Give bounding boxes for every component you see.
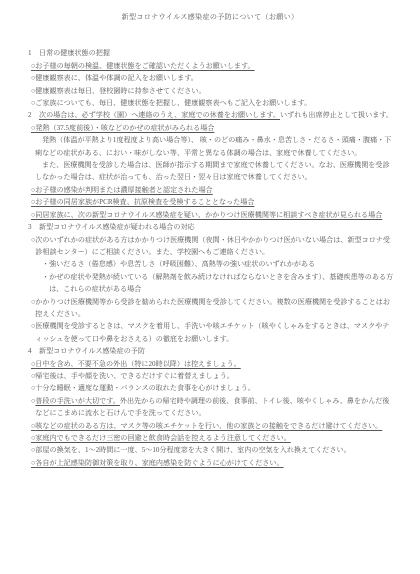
item-text: お子様の毎朝の検温、健康状態をご確認いただくようお願いします。 <box>35 60 395 72</box>
item-text: 帰宅後は、手や顔を洗い、できるだけすぐに着替えましょう。 <box>35 370 395 382</box>
list-item: ○普段の手洗いが大切です。外出先からの帰宅時や調理の前後、食事前、トイレ後、咳や… <box>25 395 395 420</box>
document-body: 1日常の健康状態の把握○お子様の毎朝の検温、健康状態をご確認いただくようお願いし… <box>25 47 395 469</box>
list-item: また、医療機関を受診した場合は、医師が指示する期間まで家庭で休養してください。な… <box>25 159 395 184</box>
item-text: お子様の感染が判明または濃厚接触者と認定された場合 <box>35 184 395 196</box>
item-text: 普段の手洗いが大切です。外出先からの帰宅時や調理の前後、食事前、トイレ後、咳やく… <box>35 395 395 420</box>
section-number: 3 <box>25 221 39 233</box>
text-segment: 同居家族に、次の新型コロナウイルス感染症を疑い、かかりつけ医療機関等に相談すべき… <box>35 211 382 219</box>
text-segment: お子様の感染が判明または濃厚接触者と認定された場合 <box>35 186 212 194</box>
list-item: ・かぜの症状や発熱が続いている（解熱剤を飲み続けなければならないときを含みます）… <box>25 271 395 296</box>
item-text: 各自が上記感染防御対策を取り、家庭内感染を防ぐように心がけてください。 <box>35 457 395 469</box>
list-item: ○健康観察表に、体温や体調の記入をお願いします。 <box>25 72 395 84</box>
item-text: 十分な睡眠・適度な運動・バランスの取れた食事を心がけましょう。 <box>35 382 395 394</box>
text-segment: 家庭内でもできるだけ三密の回避と飲食時会話を控えるよう注意してください。 <box>35 434 290 442</box>
list-item: ○ご家族についても、毎日、健康状態を把握し、健康観察表へもご記入をお願いします。 <box>25 97 395 109</box>
text-segment: お子様の毎朝の検温、健康状態をご確認いただくようお願いします。 <box>35 62 254 70</box>
list-item: ○お子様の毎朝の検温、健康状態をご確認いただくようお願いします。 <box>25 60 395 72</box>
list-item: 発熱（体温が平熱より1度程度より高い場合等）、 咳・のどの痛み・鼻水・息苦しさ・… <box>25 134 395 159</box>
item-text: また、医療機関を受診した場合は、医師が指示する期間まで家庭で休養してください。な… <box>35 161 390 181</box>
list-item: ○発熱（37.5度前後）・咳などのかぜの症状がみられる場合 <box>25 122 395 134</box>
text-segment: かかりつけ医療機関等から受診を勧められた医療機関を受診してください。複数の医療機… <box>35 298 390 318</box>
section-1: 1日常の健康状態の把握○お子様の毎朝の検温、健康状態をご確認いただくようお願いし… <box>25 47 395 109</box>
list-item: ○日中を含め、不要不急の外出（特に20時以降）は控えましょう。 <box>25 358 395 370</box>
section-number: 2 <box>25 109 39 121</box>
item-text: 同居家族に、次の新型コロナウイルス感染症を疑い、かかりつけ医療機関等に相談すべき… <box>35 209 395 221</box>
item-text: 次のいずれかの症状がある方はかかりつけ医療機関（夜間・休日やかかりつけ医がいない… <box>35 234 395 259</box>
item-text: ご家族についても、毎日、健康状態を把握し、健康観察表へもご記入をお願いします。 <box>35 97 395 109</box>
list-item: ○お子様の同居家族がPCR検査、抗原検査を受検することとなった場合 <box>25 196 395 208</box>
document-title: 新型コロナウイルス感染症の予防について（お願い） <box>25 11 395 23</box>
item-text: 部屋の換気を、1～2時間に一度、5～10分程度窓を大きく開け、室内の空気を入れ換… <box>35 444 395 456</box>
list-item: ○家庭内でもできるだけ三密の回避と飲食時会話を控えるよう注意してください。 <box>25 432 395 444</box>
text-segment: 日中を含め、不要不急の外出（特に20時以降）は控えましょう。 <box>35 360 240 368</box>
list-item: ○健康観察表は毎日、登校園時に持参させてください。 <box>25 85 395 97</box>
text-segment: 部屋の換気を、1～2時間に一度、5～10分程度窓を大きく開け、室内の空気を入れ換… <box>35 446 350 454</box>
item-text: 強いだるさ（倦怠感）や息苦しさ（呼吸困難）、高熱等の強い症状のいずれかがある <box>49 258 395 270</box>
item-text: かかりつけ医療機関等から受診を勧められた医療機関を受診してください。複数の医療機… <box>35 296 395 321</box>
list-item: ○かかりつけ医療機関等から受診を勧められた医療機関を受診してください。複数の医療… <box>25 296 395 321</box>
document-page: 新型コロナウイルス感染症の予防について（お願い） 1日常の健康状態の把握○お子様… <box>0 0 420 574</box>
item-text: 日中を含め、不要不急の外出（特に20時以降）は控えましょう。 <box>35 358 395 370</box>
list-item: ○各自が上記感染防御対策を取り、家庭内感染を防ぐように心がけてください。 <box>25 457 395 469</box>
section-heading: 1日常の健康状態の把握 <box>25 47 395 59</box>
section-number: 4 <box>25 345 39 357</box>
text-segment: 咳などの症状のある方は、マスク等の咳エチケットを行い、他の家族との接触をできるだ… <box>35 422 382 430</box>
list-item: ○次のいずれかの症状がある方はかかりつけ医療機関（夜間・休日やかかりつけ医がいな… <box>25 234 395 259</box>
text-segment: 健康観察表は毎日、登校園時に持参させてください。 <box>35 87 205 95</box>
text-segment: 強いだるさ（倦怠感）や息苦しさ（呼吸困難）、高熱等の強い症状のいずれかがある <box>49 260 315 268</box>
section-2: 2次の場合は、必ず学校（園）へ連絡のうえ、家庭での休養をお願いします。いずれも出… <box>25 109 395 221</box>
section-heading-text: 新型コロナウイルス感染症の予防 <box>39 345 395 357</box>
text-segment: 新型コロナウイルス感染症の予防 <box>39 347 145 355</box>
section-heading-text: 次の場合は、必ず学校（園）へ連絡のうえ、家庭での休養をお願いします。いずれも出席… <box>39 109 395 121</box>
text-segment: 十分な睡眠・適度な運動・バランスの取れた食事を心がけましょう。 <box>35 384 255 392</box>
text-segment: お子様の同居家族がPCR検査、抗原検査を受検することとなった場合 <box>35 198 254 206</box>
text-segment: 帰宅後は、手や顔を洗い、できるだけすぐに着替えましょう。 <box>35 372 234 380</box>
text-segment: 日常の健康状態の把握 <box>39 49 110 57</box>
text-segment: 各自が上記感染防御対策を取り、家庭内感染を防ぐように心がけてください。 <box>35 459 283 467</box>
text-segment: 発熱（37.5度前後）・咳などのかぜの症状がみられる場合 <box>35 124 214 132</box>
section-3: 3新型コロナウイルス感染症が疑われる場合の対応○次のいずれかの症状がある方はかか… <box>25 221 395 345</box>
list-item: ・強いだるさ（倦怠感）や息苦しさ（呼吸困難）、高熱等の強い症状のいずれかがある <box>25 258 395 270</box>
list-item: ○医療機関を受診するときは、マスクを着用し、手洗いや咳エチケット（咳やくしゃみを… <box>25 320 395 345</box>
item-text: 発熱（体温が平熱より1度程度より高い場合等）、 咳・のどの痛み・鼻水・息苦しさ・… <box>35 136 391 156</box>
item-text: 医療機関を受診するときは、マスクを着用し、手洗いや咳エチケット（咳やくしゃみをす… <box>35 320 395 345</box>
text-segment: 普段の手洗いが大切です。 <box>35 397 120 405</box>
dash-bullet-icon: ・ <box>42 271 49 283</box>
section-heading: 2次の場合は、必ず学校（園）へ連絡のうえ、家庭での休養をお願いします。いずれも出… <box>25 109 395 121</box>
text-segment: いずれも出席停止として扱います。 <box>280 111 393 119</box>
item-text: 健康観察表に、体温や体調の記入をお願いします。 <box>35 72 395 84</box>
text-segment: 新型コロナウイルス感染症が疑われる場合の対応 <box>39 223 195 231</box>
section-heading: 4新型コロナウイルス感染症の予防 <box>25 345 395 357</box>
list-item: ○咳などの症状のある方は、マスク等の咳エチケットを行い、他の家族との接触をできる… <box>25 420 395 432</box>
item-text: お子様の同居家族がPCR検査、抗原検査を受検することとなった場合 <box>35 196 395 208</box>
list-item: ○同居家族に、次の新型コロナウイルス感染症を疑い、かかりつけ医療機関等に相談すべ… <box>25 209 395 221</box>
section-heading: 3新型コロナウイルス感染症が疑われる場合の対応 <box>25 221 395 233</box>
text-segment: 医療機関を受診するときは、マスクを着用し、手洗いや咳エチケット（咳やくしゃみをす… <box>35 322 389 342</box>
dash-bullet-icon: ・ <box>42 258 49 270</box>
list-item: ○部屋の換気を、1～2時間に一度、5～10分程度窓を大きく開け、室内の空気を入れ… <box>25 444 395 456</box>
section-number: 1 <box>25 47 39 59</box>
text-segment: 次のいずれかの症状がある方はかかりつけ医療機関（夜間・休日やかかりつけ医がいない… <box>35 236 390 256</box>
item-text: 健康観察表は毎日、登校園時に持参させてください。 <box>35 85 395 97</box>
item-text: かぜの症状や発熱が続いている（解熱剤を飲み続けなければならないときを含みます）、… <box>49 271 395 296</box>
item-text: 発熱（37.5度前後）・咳などのかぜの症状がみられる場合 <box>35 122 395 134</box>
text-segment: また、医療機関を受診した場合は、医師が指示する期間まで家庭で休養してください。な… <box>35 161 390 181</box>
section-heading-text: 新型コロナウイルス感染症が疑われる場合の対応 <box>39 221 395 233</box>
text-segment: かぜの症状や発熱が続いている（解熱剤を飲み続けなければならないときを含みます）、… <box>49 273 393 293</box>
section-heading-text: 日常の健康状態の把握 <box>39 47 395 59</box>
list-item: ○お子様の感染が判明または濃厚接触者と認定された場合 <box>25 184 395 196</box>
list-item: ○帰宅後は、手や顔を洗い、できるだけすぐに着替えましょう。 <box>25 370 395 382</box>
text-segment: 発熱（体温が平熱より1度程度より高い場合等）、 咳・のどの痛み・鼻水・息苦しさ・… <box>35 136 391 156</box>
text-segment: 次の場合は、必ず学校（園）へ連絡のうえ、家庭での休養をお願いします。 <box>39 111 280 119</box>
item-text: 家庭内でもできるだけ三密の回避と飲食時会話を控えるよう注意してください。 <box>35 432 395 444</box>
list-item: ○十分な睡眠・適度な運動・バランスの取れた食事を心がけましょう。 <box>25 382 395 394</box>
text-segment: ご家族についても、毎日、健康状態を把握し、健康観察表へもご記入をお願いします。 <box>35 99 311 107</box>
item-text: 咳などの症状のある方は、マスク等の咳エチケットを行い、他の家族との接触をできるだ… <box>35 420 395 432</box>
text-segment: 健康観察表に、体温や体調の記入をお願いします。 <box>35 74 198 82</box>
section-4: 4新型コロナウイルス感染症の予防○日中を含め、不要不急の外出（特に20時以降）は… <box>25 345 395 469</box>
